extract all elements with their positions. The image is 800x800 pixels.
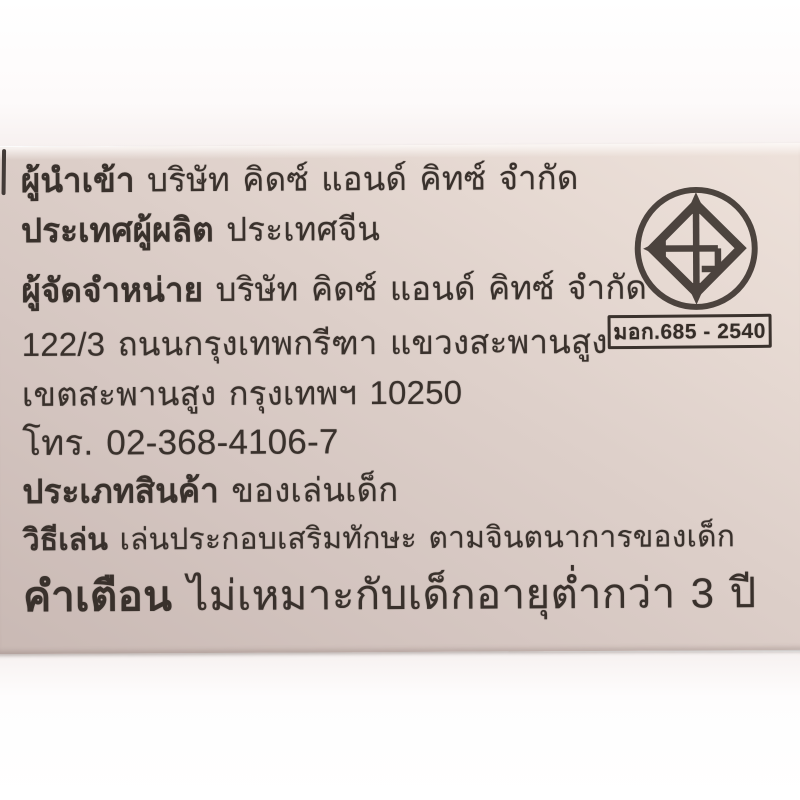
distributor-label: ผู้จัดจำหน่าย xyxy=(21,271,203,309)
warning-row: คำเตือน ไม่เหมาะกับเด็กอายุต่ำกว่า 3 ปี xyxy=(23,565,757,626)
product-type-label: ประเภทสินค้า xyxy=(22,472,219,510)
warning-value: ไม่เหมาะกับเด็กอายุต่ำกว่า 3 ปี xyxy=(187,569,757,619)
phone-value: โทร. 02-368-4106-7 xyxy=(22,422,339,463)
address-row-2: เขตสะพานสูง กรุงเทพฯ 10250 xyxy=(22,371,463,418)
importer-value: บริษัท คิดซ์ แอนด์ คิทซ์ จำกัด xyxy=(147,159,579,198)
importer-label: ผู้นำเข้า xyxy=(21,161,135,199)
phone-row: โทร. 02-368-4106-7 xyxy=(22,418,339,467)
package-surface-bottom xyxy=(0,652,800,800)
distributor-row: ผู้จัดจำหน่าย บริษัท คิดซ์ แอนด์ คิทซ์ จ… xyxy=(21,266,647,314)
address-line-1: 122/3 ถนนกรุงเทพกรีฑา แขวงสะพานสูง xyxy=(22,323,608,363)
tis-certification-mark-icon xyxy=(631,183,762,314)
origin-country-value: ประเทศจีน xyxy=(226,210,380,248)
address-line-2: เขตสะพานสูง กรุงเทพฯ 10250 xyxy=(22,374,462,413)
importer-row: ผู้นำเข้า บริษัท คิดซ์ แอนด์ คิทซ์ จำกัด xyxy=(21,156,579,203)
distributor-value: บริษัท คิดซ์ แอนด์ คิทซ์ จำกัด xyxy=(215,269,647,308)
address-row-1: 122/3 ถนนกรุงเทพกรีฑา แขวงสะพานสูง xyxy=(22,320,608,368)
product-label-photo: ผู้นำเข้า บริษัท คิดซ์ แอนด์ คิทซ์ จำกัด… xyxy=(0,0,800,800)
label-left-edge-mark xyxy=(2,149,7,195)
tis-standard-number: มอก.685 - 2540 xyxy=(613,314,766,348)
origin-country-label: ประเทศผู้ผลิต xyxy=(21,211,214,249)
product-info-label: ผู้นำเข้า บริษัท คิดซ์ แอนด์ คิทซ์ จำกัด… xyxy=(0,143,800,654)
package-surface-top xyxy=(0,0,800,146)
tis-standard-number-box: มอก.685 - 2540 xyxy=(608,314,772,349)
product-type-value: ของเล่นเด็ก xyxy=(231,471,398,509)
product-type-row: ประเภทสินค้า ของเล่นเด็ก xyxy=(22,468,398,515)
usage-row: วิธีเล่น เล่นประกอบเสริมทักษะ ตามจินตนาก… xyxy=(23,517,736,561)
usage-value: เล่นประกอบเสริมทักษะ ตามจินตนาการของเด็ก xyxy=(120,520,736,556)
origin-country-row: ประเทศผู้ผลิต ประเทศจีน xyxy=(21,207,380,253)
usage-label: วิธีเล่น xyxy=(23,524,108,557)
warning-label: คำเตือน xyxy=(23,572,172,620)
